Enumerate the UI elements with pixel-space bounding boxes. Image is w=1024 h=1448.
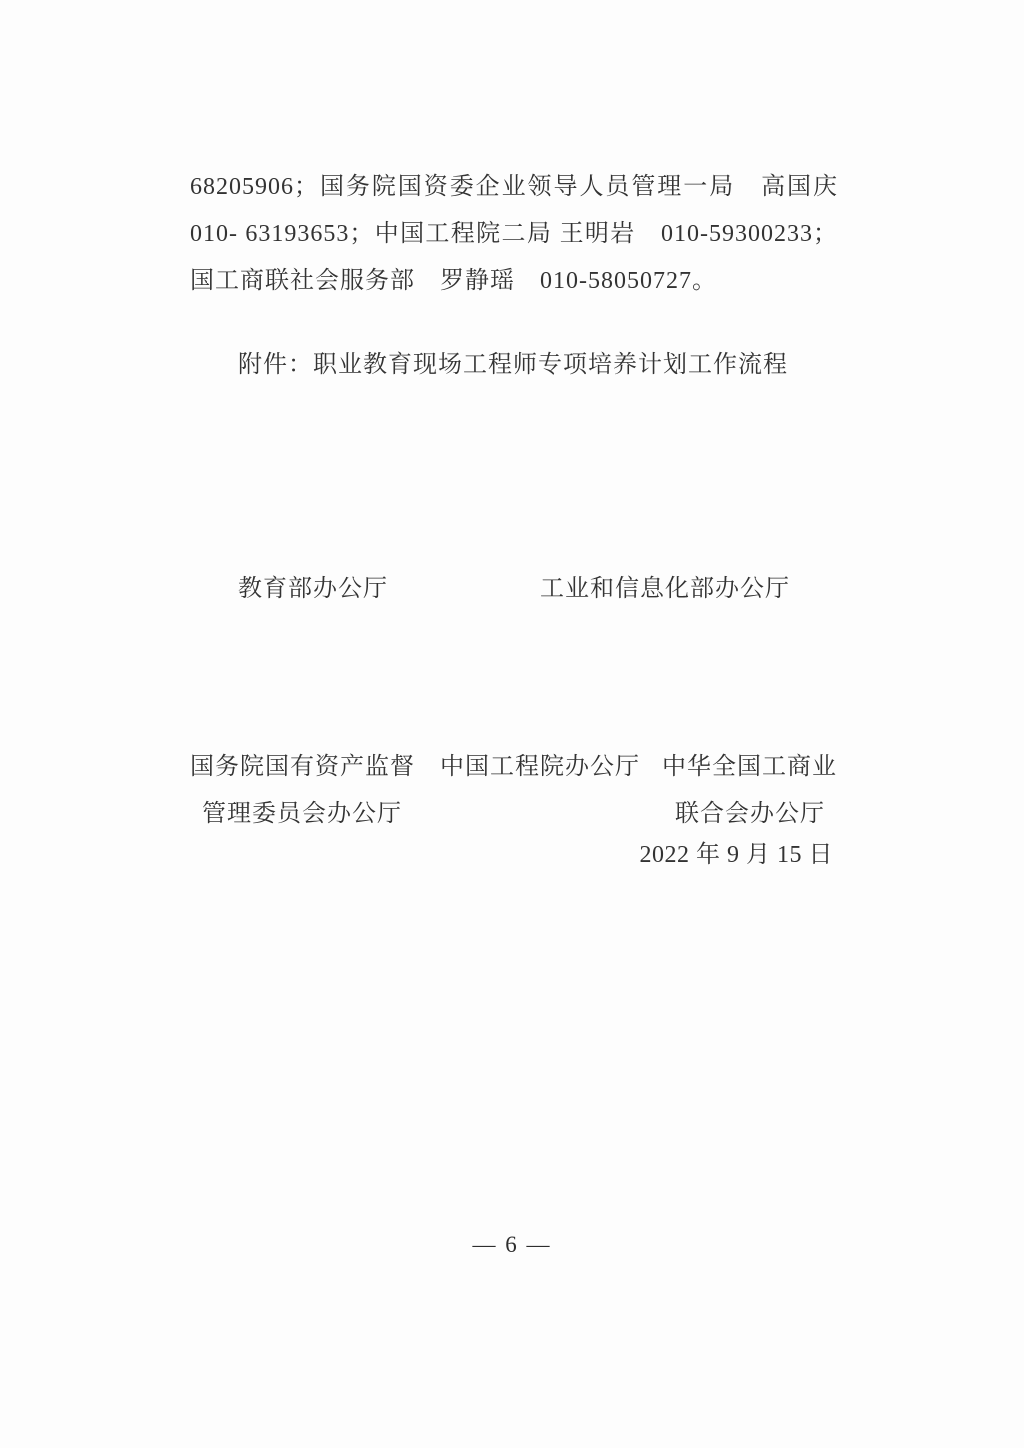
document-date: 2022 年 9 月 15 日: [640, 832, 834, 879]
contact-line-3: 国工商联社会服务部 罗静瑶 010-58050727。: [190, 258, 838, 305]
signature-org-sasac-line2: 管理委员会办公厅: [202, 791, 402, 838]
signature-row-2-line-2: 管理委员会办公厅 联合会办公厅: [190, 791, 838, 838]
signature-org-acfic-line2: 联合会办公厅: [675, 791, 825, 838]
contact-line-2: 010- 63193653；中国工程院二局 王明岩 010-59300233；全: [190, 211, 838, 258]
signature-row-2-line-1: 国务院国有资产监督 中国工程院办公厅 中华全国工商业: [190, 744, 838, 791]
signature-org-sasac-line1: 国务院国有资产监督: [190, 744, 415, 791]
signature-org-acfic-line1: 中华全国工商业: [662, 744, 837, 791]
signature-row-1: 教育部办公厅 工业和信息化部办公厅: [190, 566, 838, 613]
contact-line-1: 68205906；国务院国资委企业领导人员管理一局 高国庆: [190, 164, 838, 211]
attachment-line: 附件：职业教育现场工程师专项培养计划工作流程: [190, 342, 838, 389]
signature-org-miit-office: 工业和信息化部办公厅: [540, 566, 790, 613]
contact-paragraph: 68205906；国务院国资委企业领导人员管理一局 高国庆 010- 63193…: [190, 164, 838, 305]
signature-org-cae-office: 中国工程院办公厅: [440, 744, 640, 791]
document-page: 68205906；国务院国资委企业领导人员管理一局 高国庆 010- 63193…: [0, 0, 1024, 1448]
signature-org-education-office: 教育部办公厅: [238, 566, 388, 613]
date-row: 2022 年 9 月 15 日: [190, 832, 838, 879]
page-number: — 6 —: [0, 1230, 1024, 1260]
